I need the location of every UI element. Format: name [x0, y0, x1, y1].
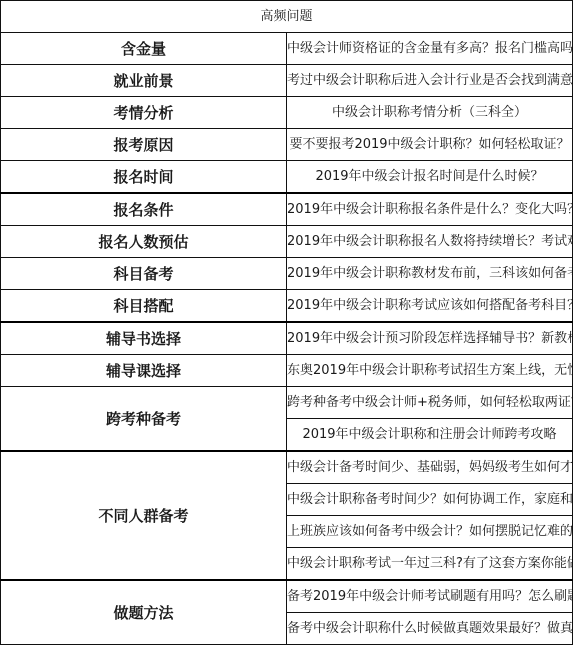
- table-row: 报名条件 2019年中级会计职称报名条件是什么？变化大吗？: [1, 193, 573, 226]
- table-row: 报名人数预估 2019年中级会计职称报名人数将持续增长？考试难度会提升吗？: [1, 226, 573, 258]
- category-cell: 不同人群备考: [1, 451, 287, 580]
- table-row: 跨考种备考 跨考种备考中级会计师+税务师，如何轻松取两证？: [1, 387, 573, 419]
- table-row: 辅导书选择 2019年中级会计预习阶段怎样选择辅导书？新教材发布前该如何学习？: [1, 322, 573, 355]
- table-row: 不同人群备考 中级会计备考时间少、基础弱，妈妈级考生如何才能提高备考效率？: [1, 451, 573, 484]
- header-row: 高频问题: [1, 1, 573, 33]
- question-link[interactable]: 2019年中级会计职称教材发布前，三科该如何备考？: [287, 258, 573, 290]
- question-link[interactable]: 备考2019年中级会计师考试刷题有用吗？怎么刷题最有效？: [287, 580, 573, 613]
- question-link[interactable]: 2019年中级会计职称和注册会计师跨考攻略: [287, 419, 573, 452]
- faq-table: 高频问题 含金量 中级会计师资格证的含金量有多高？报名门槛高吗？ 就业前景 考过…: [0, 0, 573, 645]
- category-cell: 考情分析: [1, 97, 287, 129]
- category-cell: 跨考种备考: [1, 387, 287, 452]
- category-cell: 辅导课选择: [1, 355, 287, 387]
- question-link[interactable]: 中级会计备考时间少、基础弱，妈妈级考生如何才能提高备考效率？: [287, 451, 573, 484]
- question-link[interactable]: 上班族应该如何备考中级会计？如何摆脱记忆难的困扰？: [287, 516, 573, 548]
- table-title: 高频问题: [1, 1, 573, 33]
- table-row: 考情分析 中级会计职称考情分析（三科全）: [1, 97, 573, 129]
- table-row: 科目备考 2019年中级会计职称教材发布前，三科该如何备考？: [1, 258, 573, 290]
- category-cell: 做题方法: [1, 580, 287, 645]
- question-link[interactable]: 中级会计职称备考时间少？如何协调工作，家庭和学习？: [287, 484, 573, 516]
- category-cell: 就业前景: [1, 65, 287, 97]
- question-link[interactable]: 备考中级会计职称什么时候做真题效果最好？做真题应注意哪些？: [287, 613, 573, 645]
- question-link[interactable]: 要不要报考2019中级会计职称？如何轻松取证？: [287, 129, 573, 161]
- table-row: 报考原因 要不要报考2019中级会计职称？如何轻松取证？: [1, 129, 573, 161]
- category-cell: 辅导书选择: [1, 322, 287, 355]
- question-link[interactable]: 东奥2019年中级会计职称考试招生方案上线，无忧取证，高效通关！: [287, 355, 573, 387]
- question-link[interactable]: 中级会计职称考试一年过三科?有了这套方案你能做到: [287, 548, 573, 581]
- question-link[interactable]: 中级会计职称考情分析（三科全）: [287, 97, 573, 129]
- table-row: 辅导课选择 东奥2019年中级会计职称考试招生方案上线，无忧取证，高效通关！: [1, 355, 573, 387]
- table-row: 就业前景 考过中级会计职称后进入会计行业是否会找到满意的工作？: [1, 65, 573, 97]
- table-row: 含金量 中级会计师资格证的含金量有多高？报名门槛高吗？: [1, 33, 573, 65]
- question-link[interactable]: 2019年中级会计职称报名人数将持续增长？考试难度会提升吗？: [287, 226, 573, 258]
- table-row: 做题方法 备考2019年中级会计师考试刷题有用吗？怎么刷题最有效？: [1, 580, 573, 613]
- question-link[interactable]: 2019年中级会计职称考试应该如何搭配备考科目？: [287, 290, 573, 323]
- table-row: 报名时间 2019年中级会计报名时间是什么时候？: [1, 161, 573, 194]
- question-link[interactable]: 2019年中级会计预习阶段怎样选择辅导书？新教材发布前该如何学习？: [287, 322, 573, 355]
- category-cell: 报名人数预估: [1, 226, 287, 258]
- category-cell: 报名时间: [1, 161, 287, 194]
- category-cell: 报考原因: [1, 129, 287, 161]
- category-cell: 含金量: [1, 33, 287, 65]
- category-cell: 科目搭配: [1, 290, 287, 323]
- question-link[interactable]: 考过中级会计职称后进入会计行业是否会找到满意的工作？: [287, 65, 573, 97]
- question-link[interactable]: 2019年中级会计报名时间是什么时候？: [287, 161, 573, 194]
- question-link[interactable]: 中级会计师资格证的含金量有多高？报名门槛高吗？: [287, 33, 573, 65]
- table-row: 科目搭配 2019年中级会计职称考试应该如何搭配备考科目？: [1, 290, 573, 323]
- category-cell: 科目备考: [1, 258, 287, 290]
- category-cell: 报名条件: [1, 193, 287, 226]
- question-link[interactable]: 跨考种备考中级会计师+税务师，如何轻松取两证？: [287, 387, 573, 419]
- question-link[interactable]: 2019年中级会计职称报名条件是什么？变化大吗？: [287, 193, 573, 226]
